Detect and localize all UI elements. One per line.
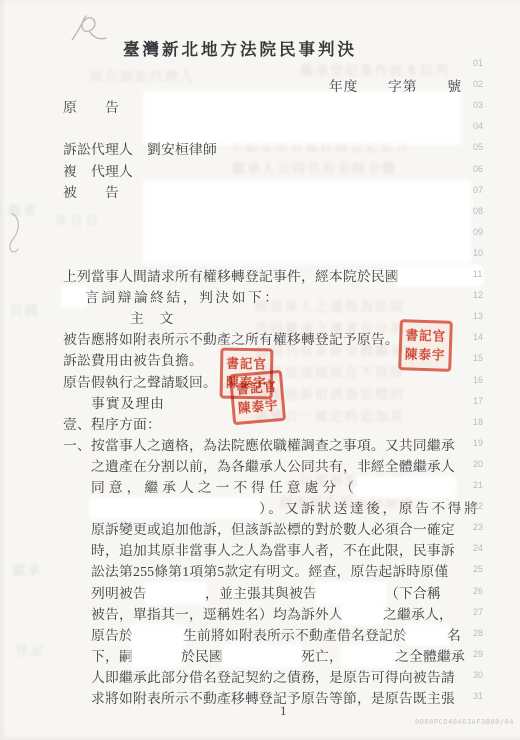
bleedthrough-text: 按當事人之適格為法院 [255,296,460,315]
text-line: 事實及理由 [91,393,165,414]
text-segment: ，並主張其與被告 [205,586,317,601]
redaction-box [343,647,395,665]
redaction-box [91,499,259,517]
text-segment: 言詞辯論終結，判決如下： [85,290,281,305]
text-segment: 時，追加其原非當事人之人為當事人者，不在此限，民事訴 [91,543,455,558]
text-segment: 之繼承人， [383,607,453,622]
text-segment: 原訴變更或追加他訴，但該訴訟標的對於數人必須合一確定 [91,522,455,537]
text-segment: 被 告 [63,185,119,200]
text-segment: ）。又訴狀送達後，原告不得將 [259,501,480,516]
text-line: 原訴變更或追加他訴，但該訴訟標的對於數人必須合一確定 [91,519,455,540]
line-number: 19 [473,438,495,448]
text-segment: 原告於 [91,628,133,643]
text-line: 同意，繼承人之一不得任意處分（ [91,477,454,498]
text-segment: 之全體繼承 [395,649,465,664]
line-number: 23 [473,522,495,532]
text-segment: 訴訟代理人 劉安桓律師 [63,142,217,157]
line-number: 24 [473,543,495,553]
document-barcode-text: 0000PCD40463AF3B00/04 [415,718,514,726]
text-segment: 之遺產在分割以前，為各繼承人公同共有，非經全體繼承人 [91,459,455,474]
text-line: 之遺產在分割以前，為各繼承人公同共有，非經全體繼承人 [91,456,455,477]
redaction-box [133,647,181,665]
bleedthrough-text: 年月日 [55,210,110,229]
bleedthrough-text: 原告訴訟代理人 [90,66,220,85]
text-segment: 生前將如附表所示不動產借名登記於 [183,628,407,643]
text-line: 被 告 [63,182,119,203]
line-number: 10 [473,248,495,258]
line-number: 14 [473,332,495,342]
line-number: 02 [473,79,495,89]
line-number: 13 [473,311,495,321]
text-segment: 事實及理由 [91,396,165,411]
bleedthrough-text: 登記 [15,640,50,659]
text-segment: 名 [447,628,461,643]
clerk-seal-stamp: 書記官 陳泰宇 [229,370,286,425]
redaction-box [146,183,468,261]
text-line: 一、按當事人之適格，為法院應依職權調查之事項。又共同繼承 [63,435,455,456]
text-segment: 人即繼承此部分借名登記契約之債務，是原告可得向被告請 [91,670,455,685]
line-number: 07 [473,185,495,195]
line-number: 22 [473,501,495,511]
bleedthrough-text: 繼承人公同共有非經全體 [232,158,447,177]
pencil-squiggle-mark [4,208,34,258]
text-line: 時，追加其原非當事人之人為當事人者，不在此限，民事訴 [91,540,455,561]
line-number: 12 [473,290,495,300]
line-number: 06 [473,164,495,174]
text-line: 求將如附表所示不動產移轉登記予原告等節，是原告既主張 [91,688,455,709]
text-segment: 下，嗣 [91,649,133,664]
line-number: 26 [473,586,495,596]
line-number: 18 [473,417,495,427]
line-number: 01 [473,58,495,68]
line-number: 04 [473,121,495,131]
line-number: 16 [473,375,495,385]
bleedthrough-text: 民國 [10,300,50,319]
line-number: 30 [473,670,495,680]
text-segment: 被告，單指其一，逕稱姓名）均為訴外人 [91,607,343,622]
text-line: 訟法第255條第1項第5款定有明文。經查，原告起訴時原僅 [91,561,448,582]
text-line: 列明被告，並主張其與被告（下合稱 [91,583,441,604]
case-number-line: 年度 字第 號 [329,76,462,97]
redaction-box [399,267,481,285]
text-segment: 求將如附表所示不動產移轉登記予原告等節，是原告既主張 [91,691,455,706]
bleedthrough-text: 繼承 [12,560,42,579]
text-segment: 訟法第255條第1項第5款定有明文。經查，原告起訴時原僅 [91,564,448,579]
line-number: 11 [473,269,495,279]
text-line: 主 文 [130,308,174,329]
stamp-text: 書記官 [226,357,267,371]
redaction-box [343,605,383,623]
line-number: 05 [473,142,495,152]
text-segment: 主 文 [130,311,174,326]
stamp-text: 陳泰宇 [238,399,280,416]
document-title: 臺灣新北地方法院民事判決 [0,36,480,60]
redaction-box [63,288,85,306]
redaction-box [223,647,301,665]
clerk-seal-stamp: 書記官 陳泰宇 [398,319,453,372]
text-segment: 一、按當事人之適格，為法院應依職權調查之事項。又共同繼承 [63,438,455,453]
redaction-box [358,478,454,496]
redaction-box [146,94,458,142]
text-line: 壹、程序方面： [63,414,161,435]
line-number: 29 [473,649,495,659]
text-line: 被告，單指其一，逕稱姓名）均為訴外人之繼承人， [91,604,453,625]
text-line: 原告假執行之聲請駁回。 [63,372,217,393]
text-segment: （下合稱 [385,586,441,601]
text-segment: 同意，繼承人之一不得任意處分（ [91,480,358,495]
text-segment: 複 代理人 [63,164,133,179]
text-segment: 原 告 [63,100,119,115]
page-number: 1 [280,703,287,719]
line-number: 09 [473,227,495,237]
text-line: 訴訟代理人 劉安桓律師 [63,139,217,160]
line-number: 08 [473,206,495,216]
bleedthrough-text: 繼承 [8,200,48,219]
line-number: 25 [473,564,495,574]
text-segment: 原告假執行之聲請駁回。 [63,375,217,390]
text-segment: 訴訟費用由被告負擔。 [63,353,203,368]
text-line: 訴訟費用由被告負擔。 [63,350,203,371]
line-number: 03 [473,100,495,110]
stamp-text: 書記官 [236,380,278,397]
line-number: 31 [473,691,495,701]
text-line: 下，嗣於民國死亡，之全體繼承 [91,646,465,667]
text-line: ）。又訴狀送達後，原告不得將 [91,498,480,519]
line-number: 15 [473,353,495,363]
stamp-text: 陳泰宇 [405,348,446,363]
text-line: 言詞辯論終結，判決如下： [63,287,281,308]
line-number: 28 [473,628,495,638]
text-line: 原告於生前將如附表所示不動產借名登記於名 [91,625,461,646]
text-segment: 壹、程序方面： [63,417,161,432]
text-line: 上列當事人間請求所有權移轉登記事件，經本院於民國 [63,266,481,287]
line-number: 20 [473,459,495,469]
line-number: 27 [473,607,495,617]
text-segment: 於民國 [181,649,223,664]
text-line: 原 告 [63,97,119,118]
line-number: 21 [473,480,495,490]
scanned-judgment-page: 繼承登記事件經本院判原告訴訟代理人不動產所有權移轉登記原告繼承人公同共有非經全體… [0,0,520,740]
text-line: 人即繼承此部分借名登記契約之債務，是原告可得向被告請 [91,667,455,688]
line-number: 17 [473,396,495,406]
text-segment: 列明被告 [91,586,147,601]
redaction-box [147,584,205,602]
redaction-box [133,626,183,644]
redaction-box [317,584,385,602]
text-line: 複 代理人 [63,161,133,182]
text-segment: 死亡， [301,649,343,664]
stamp-text: 書記官 [405,329,446,344]
text-segment: 被告應將如附表所示不動產之所有權移轉登記予原告。 [63,332,399,347]
text-segment: 上列當事人間請求所有權移轉登記事件，經本院於民國 [63,269,399,284]
redaction-box [407,626,447,644]
